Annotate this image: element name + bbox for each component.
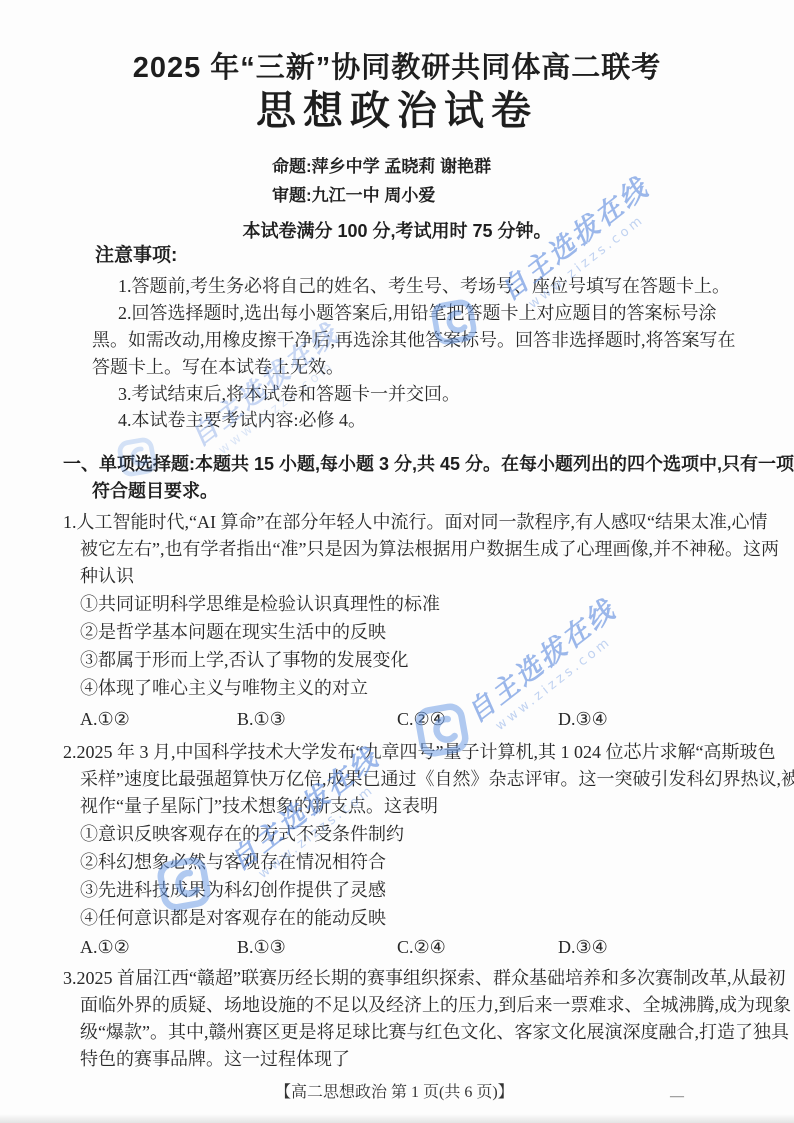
- scan-edge-shadow: [0, 1114, 794, 1123]
- choice-line: ④任何意识都是对客观存在的能动反映: [80, 907, 386, 929]
- option-label: D.③④: [558, 936, 608, 958]
- reviewer-line: 审题:九江一中 周小爱: [272, 185, 435, 206]
- notice-line: 4.本试卷主要考试内容:必修 4。: [118, 409, 366, 431]
- notice-line: 黑。如需改动,用橡皮擦干净后,再选涂其他答案标号。回答非选择题时,将答案写在: [92, 329, 736, 351]
- question-line: 级“爆款”。其中,赣州赛区更是将足球比赛与红色文化、客家文化展演深度融合,打造了…: [80, 1021, 789, 1043]
- question-line: 采样”速度比最强超算快万亿倍,成果已通过《自然》杂志评审。这一突破引发科幻界热议…: [80, 768, 794, 790]
- question-line: 1.人工智能时代,“AI 算命”在部分年轻人中流行。面对同一款程序,有人感叹“结…: [63, 511, 767, 533]
- notice-line: 2.回答选择题时,选出每小题答案后,用铅笔把答题卡上对应题目的答案标号涂: [118, 302, 717, 324]
- question-line: 面临外界的质疑、场地设施的不足以及经济上的压力,到后来一票难求、全城沸腾,成为现…: [80, 994, 791, 1016]
- footer-stray-mark: —: [670, 1086, 683, 1108]
- page-footer: 【高二思想政治 第 1 页(共 6 页)】: [275, 1082, 514, 1104]
- question-line: 3.2025 首届江西“赣超”联赛历经长期的赛事组织探索、群众基础培养和多次赛制…: [63, 967, 785, 989]
- section-heading-line: 一、单项选择题:本题共 15 小题,每小题 3 分,共 45 分。在每小题列出的…: [63, 453, 794, 475]
- option-label: B.①③: [237, 708, 286, 730]
- watermark: 自主选拔在线 www.zizzs.com: [490, 166, 666, 320]
- exam-title: 2025 年“三新”协同教研共同体高二联考: [0, 52, 794, 85]
- section-heading-line: 符合题目要求。: [92, 480, 218, 502]
- choice-line: ④体现了唯心主义与唯物主义的对立: [80, 677, 368, 699]
- notice-line: 3.考试结束后,将本试卷和答题卡一并交回。: [118, 383, 460, 405]
- paper-title: 思想政治试卷: [0, 89, 794, 133]
- question-line: 特色的赛事品牌。这一过程体现了: [80, 1048, 350, 1070]
- question-line: 视作“量子星际门”技术想象的新支点。这表明: [80, 795, 438, 817]
- exam-paper-page: 自主选拔在线 www.zizzs.com 自主选拔在线 www.zizzs.co…: [0, 0, 794, 1123]
- choice-line: ①意识反映客观存在的方式不受条件制约: [80, 823, 404, 845]
- notice-line: 1.答题前,考生务必将自己的姓名、考生号、考场号、座位号填写在答题卡上。: [118, 275, 730, 297]
- option-label: C.②④: [397, 936, 446, 958]
- choice-line: ③先进科技成果为科幻创作提供了灵感: [80, 879, 386, 901]
- option-label: B.①③: [237, 936, 286, 958]
- choice-line: ②是哲学基本问题在现实生活中的反映: [80, 621, 386, 643]
- choice-line: ③都属于形而上学,否认了事物的发展变化: [80, 649, 409, 671]
- option-label: A.①②: [80, 936, 130, 958]
- question-line: 被它左右”,也有学者指出“准”只是因为算法根据用户数据生成了心理画像,并不神秘。…: [80, 538, 779, 560]
- choice-line: ②科幻想象必然与客观存在情况相符合: [80, 851, 386, 873]
- option-label: C.②④: [397, 708, 446, 730]
- option-label: D.③④: [558, 708, 608, 730]
- question-line: 2.2025 年 3 月,中国科学技术大学发布“九章四号”量子计算机,其 1 0…: [63, 741, 775, 763]
- option-label: A.①②: [80, 708, 130, 730]
- duration-line: 本试卷满分 100 分,考试用时 75 分钟。: [0, 220, 794, 242]
- notice-line: 答题卡上。写在本试卷上无效。: [92, 356, 344, 378]
- question-line: 种认识: [80, 565, 134, 587]
- setter-line: 命题:萍乡中学 孟晓莉 谢艳群: [272, 156, 491, 177]
- notice-heading: 注意事项:: [95, 245, 177, 267]
- choice-line: ①共同证明科学思维是检验认识真理性的标准: [80, 593, 440, 615]
